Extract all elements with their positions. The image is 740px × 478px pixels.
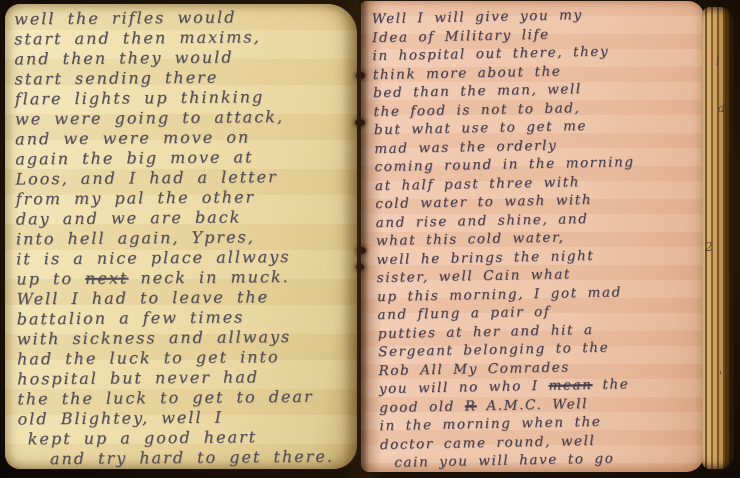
struck-through-word: R (465, 398, 477, 414)
stitch-hole (356, 264, 364, 270)
stitch-hole (357, 247, 366, 254)
fore-edge-mark: 2 (705, 242, 713, 253)
handwritten-line: the the luck to get to dear (17, 387, 351, 410)
left-page-handwriting: well the rifles wouldstart and then maxi… (14, 7, 352, 470)
fore-edge-mark: d (718, 103, 725, 114)
struck-through-word: next (85, 268, 128, 287)
struck-through-word: mean (548, 377, 592, 394)
right-page-handwriting: Well I will give you myIdea of Military … (372, 4, 705, 473)
fore-edge-mark: l (716, 56, 720, 67)
handwritten-line: and try hard to get there. (18, 447, 352, 470)
stitch-hole (355, 119, 365, 126)
notebook-photo: ld2' well the rifles wouldstart and then… (0, 0, 740, 478)
fore-edge-mark: ' (719, 370, 722, 381)
stitch-hole (356, 72, 365, 79)
page-edges (702, 7, 734, 469)
